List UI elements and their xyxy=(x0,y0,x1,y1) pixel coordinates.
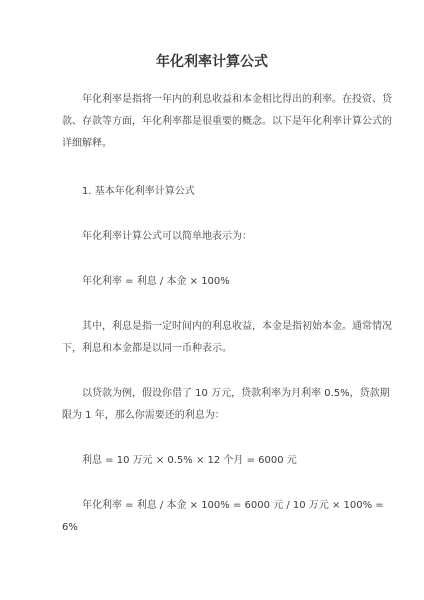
basic-annualized-rate-formula: 年化利率 = 利息 / 本金 × 100% xyxy=(62,271,393,293)
formula-intro-paragraph: 年化利率计算公式可以简单地表示为： xyxy=(62,226,393,248)
interest-calculation-formula: 利息 = 10 万元 × 0.5% × 12 个月 = 6000 元 xyxy=(62,450,393,472)
document-body: 年化利率是指将一年内的利息收益和本金相比得出的利率。在投资、贷款、存款等方面，年… xyxy=(62,89,393,539)
document-page: 年化利率计算公式 年化利率是指将一年内的利息收益和本金相比得出的利率。在投资、贷… xyxy=(0,0,424,600)
document-title: 年化利率计算公式 xyxy=(0,52,424,72)
terms-explanation-paragraph: 其中，利息是指一定时间内的利息收益，本金是指初始本金。通常情况下，利息和本金都是… xyxy=(62,316,393,360)
intro-paragraph: 年化利率是指将一年内的利息收益和本金相比得出的利率。在投资、贷款、存款等方面，年… xyxy=(62,89,393,155)
section-1-heading: 1. 基本年化利率计算公式 xyxy=(62,181,393,203)
annualized-rate-result-formula: 年化利率 = 利息 / 本金 × 100% = 6000 元 / 10 万元 ×… xyxy=(62,495,393,539)
loan-example-paragraph: 以贷款为例，假设你借了 10 万元，贷款利率为月利率 0.5%，贷款期限为 1 … xyxy=(62,383,393,427)
